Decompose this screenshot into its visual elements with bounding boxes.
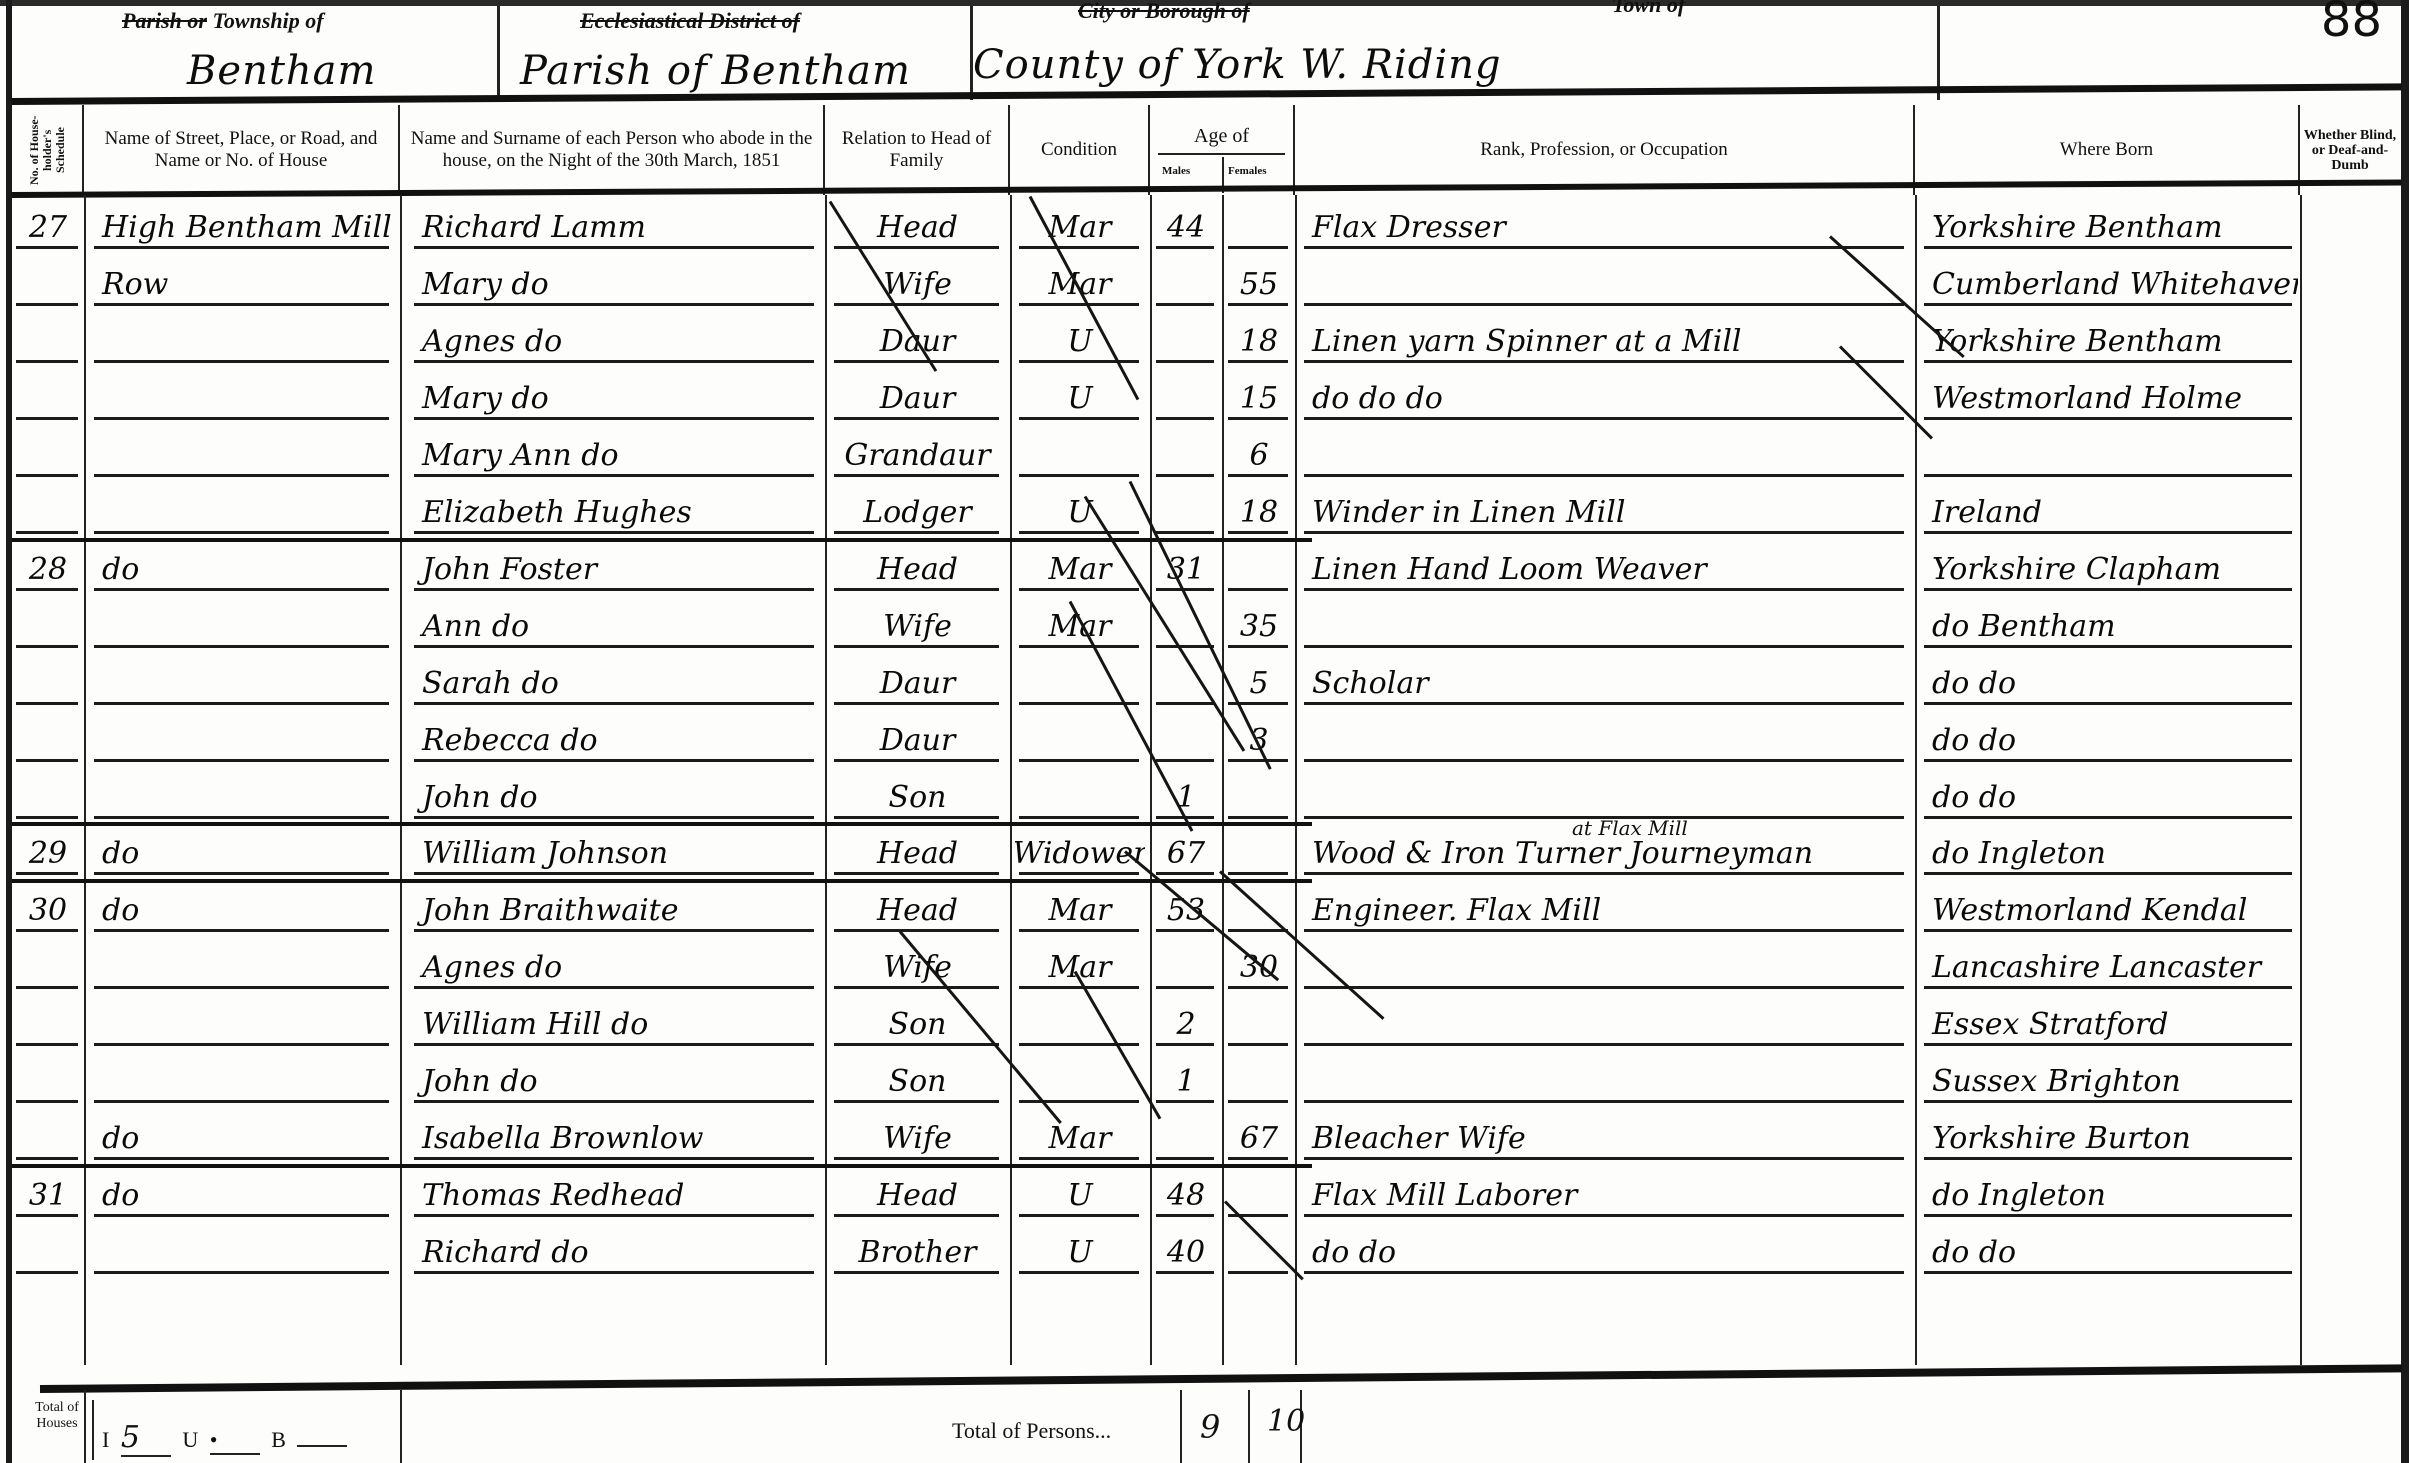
row-ruling	[1228, 303, 1288, 306]
row-ruling	[1924, 417, 2292, 420]
table-row: John doSon1Sussex Brighton	[12, 1052, 2402, 1109]
table-row: doIsabella BrownlowWifeMar67Bleacher Wif…	[12, 1109, 2402, 1166]
page-number: 88	[2321, 0, 2382, 48]
row-ruling	[16, 1043, 78, 1046]
row-ruling	[1304, 474, 1904, 477]
row-ruling	[1304, 1157, 1904, 1160]
row-ruling	[1156, 872, 1214, 875]
row-ruling	[16, 246, 78, 249]
row-ruling	[1156, 417, 1214, 420]
row-ruling	[834, 816, 999, 819]
row-ruling	[1019, 1271, 1139, 1274]
row-ruling	[16, 588, 78, 591]
total-houses: I 5 U • B	[102, 1420, 353, 1457]
row-ruling	[414, 986, 814, 989]
row-ruling	[834, 702, 999, 705]
row-ruling	[1924, 531, 2292, 534]
row-ruling	[834, 531, 999, 534]
occupation-note: at Flax Mill	[1572, 816, 1688, 840]
row-ruling	[1304, 1043, 1904, 1046]
row-ruling	[1228, 872, 1288, 875]
row-ruling	[1019, 1214, 1139, 1217]
col-occupation: Rank, Profession, or Occupation	[1295, 105, 1915, 195]
row-ruling	[1156, 474, 1214, 477]
row-ruling	[414, 417, 814, 420]
row-ruling	[834, 1214, 999, 1217]
row-ruling	[16, 1214, 78, 1217]
row-ruling	[414, 872, 814, 875]
table-row: 30doJohn BraithwaiteHeadMar53Engineer. F…	[12, 881, 2402, 938]
row-ruling	[1304, 246, 1904, 249]
household-separator	[12, 538, 1312, 542]
row-ruling	[94, 588, 389, 591]
row-ruling	[1156, 759, 1214, 762]
row-ruling	[1304, 1100, 1904, 1103]
row-ruling	[414, 645, 814, 648]
table-row: 31doThomas RedheadHeadU48Flax Mill Labor…	[12, 1166, 2402, 1223]
row-ruling	[414, 1043, 814, 1046]
inhabited-count: 5	[121, 1420, 171, 1457]
table-row: Agnes doDaurU18Linen yarn Spinner at a M…	[12, 312, 2402, 369]
row-ruling	[414, 1100, 814, 1103]
row-ruling	[414, 588, 814, 591]
row-ruling	[16, 986, 78, 989]
table-row: 28doJohn FosterHeadMar31Linen Hand Loom …	[12, 540, 2402, 597]
row-ruling	[16, 531, 78, 534]
row-ruling	[94, 1214, 389, 1217]
row-ruling	[16, 1157, 78, 1160]
row-ruling	[1156, 303, 1214, 306]
row-ruling	[414, 1271, 814, 1274]
age-label: Age of	[1150, 125, 1293, 148]
row-ruling	[94, 360, 389, 363]
row-ruling	[1019, 816, 1139, 819]
col-name: Name and Surname of each Person who abod…	[400, 105, 825, 195]
row-ruling	[1924, 246, 2292, 249]
row-ruling	[1019, 303, 1139, 306]
row-ruling	[1304, 1214, 1904, 1217]
row-ruling	[1019, 986, 1139, 989]
row-ruling	[834, 1043, 999, 1046]
row-ruling	[414, 759, 814, 762]
age-divider	[1158, 153, 1285, 155]
row-ruling	[1019, 588, 1139, 591]
city-label: City or Borough of	[1078, 0, 1250, 24]
row-ruling	[1924, 303, 2292, 306]
row-ruling	[1304, 645, 1904, 648]
row-ruling	[1228, 588, 1288, 591]
row-ruling	[834, 1100, 999, 1103]
row-ruling	[1019, 645, 1139, 648]
row-ruling	[1924, 474, 2292, 477]
household-separator	[12, 1164, 1312, 1168]
row-ruling	[94, 702, 389, 705]
row-ruling	[94, 1157, 389, 1160]
total-persons-label: Total of Persons...	[952, 1418, 1111, 1444]
row-ruling	[1924, 1100, 2292, 1103]
ecclesiastical-field: Ecclesiastical District of Parish of Ben…	[500, 6, 973, 100]
row-ruling	[414, 360, 814, 363]
row-ruling	[834, 360, 999, 363]
row-ruling	[16, 474, 78, 477]
table-row: Rebecca doDaur3do do	[12, 711, 2402, 768]
row-ruling	[16, 816, 78, 819]
row-ruling	[1228, 1271, 1288, 1274]
row-ruling	[1156, 645, 1214, 648]
row-ruling	[834, 303, 999, 306]
row-ruling	[1924, 1271, 2292, 1274]
ecclesiastical-label: Ecclesiastical District of	[580, 8, 800, 34]
row-ruling	[1156, 1043, 1214, 1046]
row-ruling	[1156, 360, 1214, 363]
row-ruling	[834, 759, 999, 762]
row-ruling	[1019, 531, 1139, 534]
town-label: Town of	[1612, 0, 1685, 18]
row-ruling	[1228, 759, 1288, 762]
row-ruling	[1019, 872, 1139, 875]
row-ruling	[1304, 531, 1904, 534]
row-ruling	[94, 531, 389, 534]
total-males: 9	[1200, 1408, 1220, 1446]
row-ruling	[1156, 1214, 1214, 1217]
row-ruling	[1156, 929, 1214, 932]
row-ruling	[1156, 531, 1214, 534]
totals-rule	[40, 1364, 2402, 1393]
row-ruling	[414, 929, 814, 932]
row-ruling	[414, 816, 814, 819]
total-houses-label: Total of Houses	[22, 1400, 94, 1460]
parish-value: Bentham	[187, 48, 376, 94]
table-row: RowMary doWifeMar55Cumberland Whitehaven	[12, 255, 2402, 312]
col-condition: Condition	[1010, 105, 1150, 195]
col-schedule: No. of House-holder's Schedule	[12, 105, 84, 195]
row-ruling	[1924, 929, 2292, 932]
row-ruling	[1228, 645, 1288, 648]
row-ruling	[1156, 1100, 1214, 1103]
table-row: 29doWilliam JohnsonHeadWidower67Wood & I…	[12, 824, 2402, 881]
row-ruling	[1228, 1100, 1288, 1103]
row-ruling	[1228, 417, 1288, 420]
row-ruling	[94, 759, 389, 762]
row-ruling	[1304, 588, 1904, 591]
row-ruling	[414, 1214, 814, 1217]
right-edge	[2401, 0, 2409, 1463]
row-ruling	[834, 986, 999, 989]
row-ruling	[16, 872, 78, 875]
table-row: William Hill doSon2Essex Stratford	[12, 995, 2402, 1052]
census-page: Parish or Township of Bentham Ecclesiast…	[0, 0, 2409, 1463]
row-ruling	[1924, 986, 2292, 989]
parish-label: Parish or Township of	[122, 8, 324, 34]
row-ruling	[1228, 816, 1288, 819]
row-ruling	[1228, 531, 1288, 534]
row-ruling	[414, 702, 814, 705]
row-ruling	[1156, 1157, 1214, 1160]
row-ruling	[834, 417, 999, 420]
row-ruling	[94, 929, 389, 932]
row-ruling	[414, 1157, 814, 1160]
row-ruling	[1228, 360, 1288, 363]
row-ruling	[94, 474, 389, 477]
ecclesiastical-value: Parish of Bentham	[520, 48, 911, 94]
household-separator	[12, 822, 1312, 826]
row-ruling	[1304, 360, 1904, 363]
col-age: Age of Males Females	[1150, 105, 1295, 195]
row-ruling	[1228, 1043, 1288, 1046]
row-ruling	[16, 702, 78, 705]
row-ruling	[16, 759, 78, 762]
row-ruling	[16, 303, 78, 306]
total-females: 10	[1267, 1404, 1305, 1439]
row-ruling	[1304, 986, 1904, 989]
table-row: Sarah doDaur5Scholardo do	[12, 654, 2402, 711]
row-ruling	[1228, 986, 1288, 989]
row-ruling	[1019, 1100, 1139, 1103]
col-relation: Relation to Head of Family	[825, 105, 1010, 195]
row-ruling	[1924, 759, 2292, 762]
row-ruling	[1228, 474, 1288, 477]
row-ruling	[94, 645, 389, 648]
table-row: Elizabeth HughesLodgerU18Winder in Linen…	[12, 483, 2402, 540]
row-ruling	[94, 303, 389, 306]
row-ruling	[1304, 417, 1904, 420]
row-ruling	[1228, 929, 1288, 932]
row-ruling	[1924, 1157, 2292, 1160]
parish-field: Parish or Township of Bentham	[12, 6, 500, 100]
table-row: John doSon1do do	[12, 768, 2402, 825]
row-ruling	[1019, 360, 1139, 363]
row-ruling	[834, 474, 999, 477]
row-ruling	[1019, 474, 1139, 477]
row-ruling	[1924, 1214, 2292, 1217]
row-ruling	[16, 360, 78, 363]
row-ruling	[834, 1157, 999, 1160]
table-row: Mary doDaurU15do do doWestmorland Holme	[12, 369, 2402, 426]
row-ruling	[414, 246, 814, 249]
table-row: Richard doBrotherU40do dodo do	[12, 1223, 2402, 1280]
row-ruling	[16, 929, 78, 932]
row-ruling	[94, 1100, 389, 1103]
table-row: Agnes doWifeMar30Lancashire Lancaster	[12, 938, 2402, 995]
city-value: County of York W. Riding	[973, 42, 1502, 88]
row-ruling	[94, 1043, 389, 1046]
row-ruling	[1924, 1043, 2292, 1046]
row-ruling	[1304, 872, 1904, 875]
row-ruling	[1228, 1157, 1288, 1160]
row-ruling	[16, 1271, 78, 1274]
totals-row: Total of Houses I 5 U • B Total of Perso…	[12, 1398, 2402, 1463]
row-ruling	[1924, 588, 2292, 591]
row-ruling	[1228, 246, 1288, 249]
row-ruling	[1924, 645, 2292, 648]
row-ruling	[834, 929, 999, 932]
row-ruling	[1304, 702, 1904, 705]
table-row: Mary Ann doGrandaur6	[12, 426, 2402, 483]
row-ruling	[1156, 1271, 1214, 1274]
row-ruling	[414, 531, 814, 534]
row-ruling	[94, 1271, 389, 1274]
table-row: 27High Bentham MillRichard LammHeadMar44…	[12, 198, 2402, 255]
row-ruling	[1019, 417, 1139, 420]
row-ruling	[834, 645, 999, 648]
building-count	[297, 1445, 347, 1447]
row-ruling	[1304, 759, 1904, 762]
males-label: Males	[1162, 165, 1190, 177]
row-ruling	[1924, 702, 2292, 705]
row-ruling	[834, 588, 999, 591]
row-ruling	[1304, 303, 1904, 306]
row-ruling	[1924, 816, 2292, 819]
row-ruling	[1924, 360, 2292, 363]
row-ruling	[834, 1271, 999, 1274]
row-ruling	[94, 417, 389, 420]
row-ruling	[1019, 1157, 1139, 1160]
row-ruling	[1156, 986, 1214, 989]
row-ruling	[94, 986, 389, 989]
row-ruling	[1304, 929, 1904, 932]
row-ruling	[1156, 246, 1214, 249]
row-ruling	[414, 303, 814, 306]
row-ruling	[94, 246, 389, 249]
uninhabited-count: •	[210, 1427, 260, 1455]
row-ruling	[1924, 872, 2292, 875]
row-ruling	[414, 474, 814, 477]
household-separator	[12, 879, 1312, 883]
row-ruling	[1304, 1271, 1904, 1274]
row-ruling	[16, 1100, 78, 1103]
row-ruling	[1019, 929, 1139, 932]
row-ruling	[1019, 246, 1139, 249]
table-row: Ann doWifeMar35do Bentham	[12, 597, 2402, 654]
row-ruling	[16, 417, 78, 420]
row-ruling	[16, 645, 78, 648]
row-ruling	[94, 816, 389, 819]
row-ruling	[1019, 759, 1139, 762]
row-ruling	[94, 872, 389, 875]
city-field: City or Borough of County of York W. Rid…	[973, 6, 1303, 100]
row-ruling	[1156, 702, 1214, 705]
row-ruling	[834, 872, 999, 875]
col-street: Name of Street, Place, or Road, and Name…	[84, 105, 400, 195]
row-ruling	[1019, 1043, 1139, 1046]
females-label: Females	[1228, 165, 1266, 177]
